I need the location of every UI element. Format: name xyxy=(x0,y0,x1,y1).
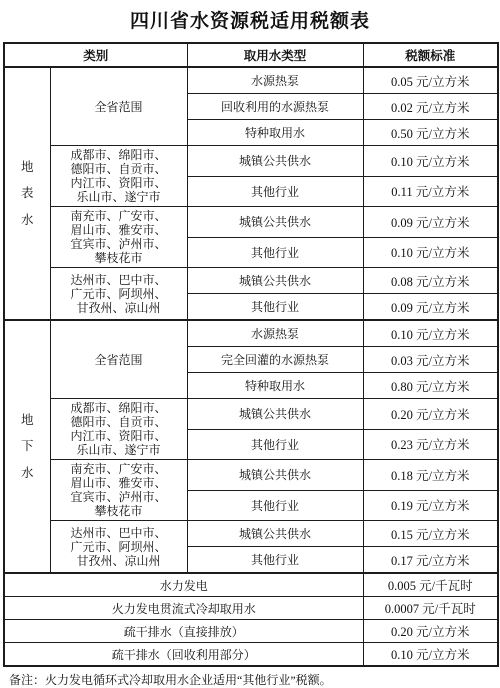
category-cell-surface: 地表水 xyxy=(4,67,50,320)
water-type-cell: 城镇公共供水 xyxy=(187,146,363,177)
tax-rate-cell: 0.10 元/立方米 xyxy=(363,643,498,667)
water-type-cell: 其他行业 xyxy=(187,176,363,207)
water-type-cell: 火力发电贯流式冷却取用水 xyxy=(4,597,363,620)
region-cell: 全省范围 xyxy=(50,67,187,146)
tax-rate-cell: 0.23 元/立方米 xyxy=(363,429,498,460)
tax-rate-cell: 0.80 元/立方米 xyxy=(363,373,498,399)
water-type-cell: 城镇公共供水 xyxy=(187,207,363,238)
water-type-cell: 水力发电 xyxy=(4,573,363,597)
table-row: 达州市、巴中市、 广元市、阿坝州、 甘孜州、凉山州 城镇公共供水 0.15 元/… xyxy=(4,521,498,547)
table-row: 达州市、巴中市、 广元市、阿坝州、 甘孜州、凉山州 城镇公共供水 0.08 元/… xyxy=(4,268,498,294)
table-row: 南充市、广安市、 眉山市、雅安市、 宜宾市、泸州市、 攀枝花市 城镇公共供水 0… xyxy=(4,207,498,238)
region-cell: 全省范围 xyxy=(50,320,187,399)
water-type-cell: 特种取用水 xyxy=(187,373,363,399)
table-header: 类别 取用水类型 税额标准 xyxy=(4,43,498,67)
table-row: 成都市、绵阳市、 德阳市、自贡市、 内江市、资阳市、 乐山市、遂宁市 城镇公共供… xyxy=(4,399,498,430)
category-label: 地下水 xyxy=(21,407,34,486)
tax-rate-cell: 0.0007 元/千瓦时 xyxy=(363,597,498,620)
category-label: 地表水 xyxy=(21,154,34,233)
table-row: 南充市、广安市、 眉山市、雅安市、 宜宾市、泸州市、 攀枝花市 城镇公共供水 0… xyxy=(4,460,498,491)
region-cell: 成都市、绵阳市、 德阳市、自贡市、 内江市、资阳市、 乐山市、遂宁市 xyxy=(50,399,187,460)
tax-rate-cell: 0.50 元/立方米 xyxy=(363,120,498,146)
water-type-cell: 其他行业 xyxy=(187,237,363,268)
table-row: 疏干排水（回收利用部分） 0.10 元/立方米 xyxy=(4,643,498,667)
region-cell: 南充市、广安市、 眉山市、雅安市、 宜宾市、泸州市、 攀枝花市 xyxy=(50,207,187,268)
tax-rate-cell: 0.10 元/立方米 xyxy=(363,237,498,268)
header-category: 类别 xyxy=(4,43,187,67)
tax-rate-cell: 0.19 元/立方米 xyxy=(363,490,498,521)
tax-rate-table: 类别 取用水类型 税额标准 地表水 全省范围 水源热泵 0.05 元/立方米 回… xyxy=(3,42,499,667)
tax-rate-cell: 0.17 元/立方米 xyxy=(363,547,498,574)
tax-rate-cell: 0.20 元/立方米 xyxy=(363,620,498,643)
tax-rate-cell: 0.03 元/立方米 xyxy=(363,347,498,373)
water-type-cell: 水源热泵 xyxy=(187,67,363,94)
water-type-cell: 特种取用水 xyxy=(187,120,363,146)
tax-rate-cell: 0.10 元/立方米 xyxy=(363,146,498,177)
water-type-cell: 城镇公共供水 xyxy=(187,399,363,430)
tax-rate-cell: 0.09 元/立方米 xyxy=(363,294,498,321)
page-title: 四川省水资源税适用税额表 xyxy=(3,6,497,33)
tax-rate-cell: 0.02 元/立方米 xyxy=(363,94,498,120)
tax-rate-cell: 0.08 元/立方米 xyxy=(363,268,498,294)
water-type-cell: 其他行业 xyxy=(187,547,363,574)
tax-rate-cell: 0.09 元/立方米 xyxy=(363,207,498,238)
tax-rate-cell: 0.20 元/立方米 xyxy=(363,399,498,430)
table-row: 地表水 全省范围 水源热泵 0.05 元/立方米 xyxy=(4,67,498,94)
water-type-cell: 完全回灌的水源热泵 xyxy=(187,347,363,373)
water-type-cell: 回收利用的水源热泵 xyxy=(187,94,363,120)
water-type-cell: 疏干排水（回收利用部分） xyxy=(4,643,363,667)
region-cell: 成都市、绵阳市、 德阳市、自贡市、 内江市、资阳市、 乐山市、遂宁市 xyxy=(50,146,187,207)
water-type-cell: 其他行业 xyxy=(187,429,363,460)
section-groundwater: 地下水 全省范围 水源热泵 0.10 元/立方米 完全回灌的水源热泵 0.03 … xyxy=(4,320,498,573)
water-type-cell: 水源热泵 xyxy=(187,320,363,347)
section-other-uses: 水力发电 0.005 元/千瓦时 火力发电贯流式冷却取用水 0.0007 元/千… xyxy=(4,573,498,666)
tax-rate-cell: 0.11 元/立方米 xyxy=(363,176,498,207)
water-type-cell: 城镇公共供水 xyxy=(187,521,363,547)
water-type-cell: 疏干排水（直接排放） xyxy=(4,620,363,643)
region-cell: 南充市、广安市、 眉山市、雅安市、 宜宾市、泸州市、 攀枝花市 xyxy=(50,460,187,521)
table-row: 地下水 全省范围 水源热泵 0.10 元/立方米 xyxy=(4,320,498,347)
header-row: 类别 取用水类型 税额标准 xyxy=(4,43,498,67)
water-type-cell: 其他行业 xyxy=(187,490,363,521)
table-row: 疏干排水（直接排放） 0.20 元/立方米 xyxy=(4,620,498,643)
category-cell-ground: 地下水 xyxy=(4,320,50,573)
page: 四川省水资源税适用税额表 类别 取用水类型 税额标准 地表水 全省范围 水源热泵… xyxy=(0,0,500,688)
tax-rate-cell: 0.05 元/立方米 xyxy=(363,67,498,94)
water-type-cell: 城镇公共供水 xyxy=(187,460,363,491)
tax-rate-cell: 0.18 元/立方米 xyxy=(363,460,498,491)
tax-rate-cell: 0.005 元/千瓦时 xyxy=(363,573,498,597)
region-cell: 达州市、巴中市、 广元市、阿坝州、 甘孜州、凉山州 xyxy=(50,268,187,321)
water-type-cell: 城镇公共供水 xyxy=(187,268,363,294)
tax-rate-cell: 0.10 元/立方米 xyxy=(363,320,498,347)
water-type-cell: 其他行业 xyxy=(187,294,363,321)
tax-rate-cell: 0.15 元/立方米 xyxy=(363,521,498,547)
header-tax-rate: 税额标准 xyxy=(363,43,498,67)
region-cell: 达州市、巴中市、 广元市、阿坝州、 甘孜州、凉山州 xyxy=(50,521,187,574)
table-row: 水力发电 0.005 元/千瓦时 xyxy=(4,573,498,597)
section-surface-water: 地表水 全省范围 水源热泵 0.05 元/立方米 回收利用的水源热泵 0.02 … xyxy=(4,67,498,320)
header-water-type: 取用水类型 xyxy=(187,43,363,67)
table-row: 成都市、绵阳市、 德阳市、自贡市、 内江市、资阳市、 乐山市、遂宁市 城镇公共供… xyxy=(4,146,498,177)
table-row: 火力发电贯流式冷却取用水 0.0007 元/千瓦时 xyxy=(4,597,498,620)
